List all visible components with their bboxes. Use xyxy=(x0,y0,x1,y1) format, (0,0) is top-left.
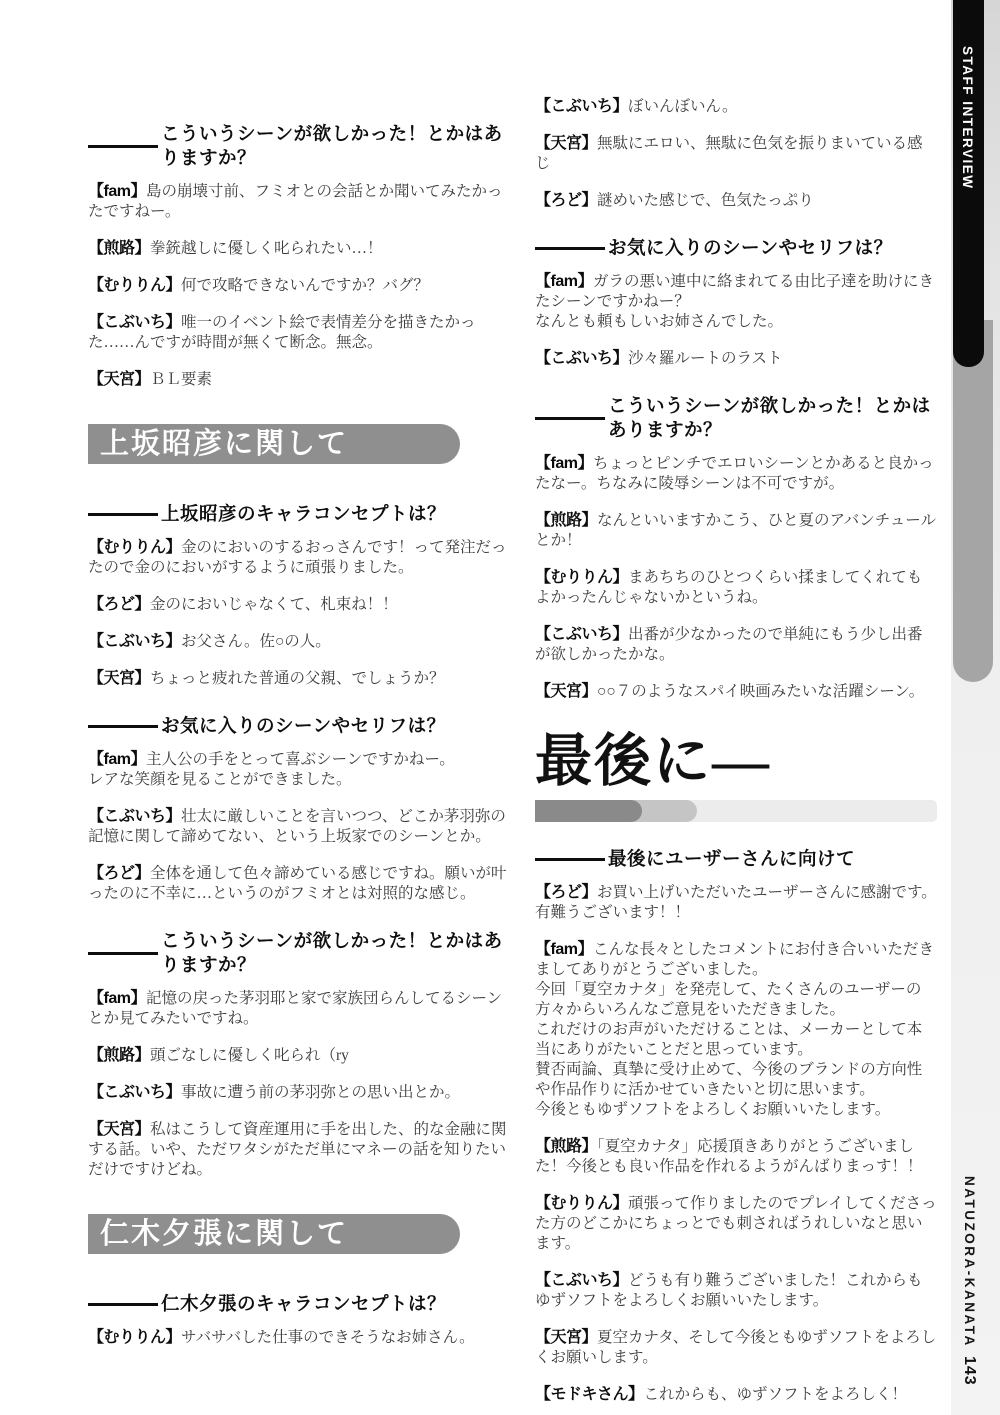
speaker-tag: 【fam】 xyxy=(535,941,593,958)
question-dash xyxy=(88,145,158,148)
question-text: 上坂昭彦のキャラコンセプトは？ xyxy=(161,502,446,526)
speaker-tag: 【fam】 xyxy=(535,455,593,472)
answer-paragraph: 【ろど】謎めいた感じで、色気たっぷり xyxy=(535,191,937,211)
question-dash xyxy=(535,417,605,420)
answer-paragraph: 【天宮】○○７のようなスパイ映画みたいな活躍シーン。 xyxy=(535,682,937,702)
answer-paragraph: 【こぶいち】出番が少なかったので単純にもう少し出番が欲しかったかな。 xyxy=(535,625,937,665)
game-title-label: NATUZORA-KANATA xyxy=(962,1176,977,1348)
answer-paragraph: 【むりりん】まあちちのひとつくらい揉ましてくれてもよかったんじゃないかというね。 xyxy=(535,568,937,608)
answer-text: ちょっとピンチでエロいシーンとかあると良かったなー。ちなみに陵辱シーンは不可です… xyxy=(535,455,934,492)
answer-paragraph: 【ろど】金のにおいじゃなくて、札束ね！！ xyxy=(88,595,512,615)
speaker-tag: 【こぶいち】 xyxy=(535,626,628,643)
speaker-tag: 【こぶいち】 xyxy=(88,1084,181,1101)
section-header: 上坂昭彦に関して xyxy=(88,424,460,464)
answer-paragraph: 【fam】ガラの悪い連中に絡まれてる由比子達を助けにきたシーンですかねー？ なん… xyxy=(535,272,937,332)
speaker-tag: 【こぶいち】 xyxy=(88,808,181,825)
staff-interview-page: こういうシーンが欲しかった！とかはありますか？【fam】島の崩壊寸前、フミオとの… xyxy=(0,0,1000,1415)
answer-text: 私はこうして資産運用に手を出した、的な金融に関する話。いや、ただワタシがただ単に… xyxy=(88,1121,507,1178)
interview-question: 仁木夕張のキャラコンセプトは？ xyxy=(88,1292,512,1316)
answer-text: ○○７のようなスパイ映画みたいな活躍シーン。 xyxy=(597,683,924,700)
answer-paragraph: 【fam】記憶の戻った茅羽耶と家で家族団らんしてるシーンとか見てみたいですね。 xyxy=(88,989,512,1029)
answer-paragraph: 【fam】島の崩壊寸前、フミオとの会話とか聞いてみたかったですねー。 xyxy=(88,182,512,222)
speaker-tag: 【ろど】 xyxy=(88,596,150,613)
speaker-tag: 【天宮】 xyxy=(535,135,597,152)
answer-paragraph: 【こぶいち】唯一のイベント絵で表情差分を描きたかった……んですが時間が無くて断念… xyxy=(88,313,512,353)
interview-question: こういうシーンが欲しかった！とかはありますか？ xyxy=(88,929,512,977)
staff-interview-label: STAFF INTERVIEW xyxy=(960,46,975,190)
answer-paragraph: 【天宮】私はこうして資産運用に手を出した、的な金融に関する話。いや、ただワタシが… xyxy=(88,1120,512,1180)
answer-paragraph: 【煎路】なんといいますかこう、ひと夏のアバンチュールとか！ xyxy=(535,511,937,551)
speaker-tag: 【こぶいち】 xyxy=(88,314,181,331)
answer-text: 頭ごなしに優しく叱られ（ry xyxy=(150,1047,349,1064)
answer-text: 記憶の戻った茅羽耶と家で家族団らんしてるシーンとか見てみたいですね。 xyxy=(88,990,502,1027)
speaker-tag: 【煎路】 xyxy=(535,1138,597,1155)
speaker-tag: 【こぶいち】 xyxy=(535,1272,628,1289)
answer-text: 金のにおいじゃなくて、札束ね！！ xyxy=(150,596,398,613)
answer-text: こんな長々としたコメントにお付き合いいただきましてありがとうございました。 今回… xyxy=(535,941,934,1118)
question-text: こういうシーンが欲しかった！とかはありますか？ xyxy=(608,394,937,442)
answer-paragraph: 【天宮】ＢＬ要素 xyxy=(88,370,512,390)
answer-text: 何で攻略できないんですか？バグ？ xyxy=(181,277,429,294)
interview-question: お気に入りのシーンやセリフは？ xyxy=(88,714,512,738)
speaker-tag: 【煎路】 xyxy=(88,1047,150,1064)
answer-text: 拳銃越しに優しく叱られたい…！ xyxy=(150,240,383,257)
answer-paragraph: 【こぶいち】壮太に厳しいことを言いつつ、どこか茅羽弥の記憶に関して諦めてない、と… xyxy=(88,807,512,847)
speaker-tag: 【天宮】 xyxy=(535,1329,597,1346)
speaker-tag: 【天宮】 xyxy=(88,1121,150,1138)
answer-text: ガラの悪い連中に絡まれてる由比子達を助けにきたシーンですかねー？ なんとも頼もし… xyxy=(535,273,934,330)
final-section-title: 最後に― xyxy=(535,732,937,792)
answer-paragraph: 【天宮】ちょっと疲れた普通の父親、でしょうか？ xyxy=(88,669,512,689)
answer-text: 謎めいた感じで、色気たっぷり xyxy=(597,192,814,209)
answer-paragraph: 【fam】主人公の手をとって喜ぶシーンですかねー。 レアな笑顔を見ることができま… xyxy=(88,750,512,790)
interview-question: お気に入りのシーンやセリフは？ xyxy=(535,236,937,260)
speaker-tag: 【むりりん】 xyxy=(88,277,181,294)
answer-paragraph: 【むりりん】頑張って作りましたのでプレイしてくださった方のどこかにちょっとでも刺… xyxy=(535,1194,937,1254)
speaker-tag: 【fam】 xyxy=(535,273,593,290)
answer-paragraph: 【こぶいち】沙々羅ルートのラスト xyxy=(535,349,937,369)
right-column: 【こぶいち】ぼいんぼいん。【天宮】無駄にエロい、無駄に色気を振りまいている感じ【… xyxy=(535,0,937,1415)
speaker-tag: 【煎路】 xyxy=(88,240,150,257)
speaker-tag: 【むりりん】 xyxy=(88,539,181,556)
speaker-tag: 【天宮】 xyxy=(88,371,150,388)
answer-paragraph: 【こぶいち】お父さん。佐○の人。 xyxy=(88,632,512,652)
question-dash xyxy=(88,952,158,955)
answer-text: 事故に遭う前の茅羽弥との思い出とか。 xyxy=(181,1084,460,1101)
question-text: 最後にユーザーさんに向けて xyxy=(608,847,855,871)
interview-question: 最後にユーザーさんに向けて xyxy=(535,847,937,871)
question-text: お気に入りのシーンやセリフは？ xyxy=(608,236,893,260)
page-content: こういうシーンが欲しかった！とかはありますか？【fam】島の崩壊寸前、フミオとの… xyxy=(88,0,937,1415)
left-column: こういうシーンが欲しかった！とかはありますか？【fam】島の崩壊寸前、フミオとの… xyxy=(88,0,512,1415)
answer-text: ぼいんぼいん。 xyxy=(628,98,737,115)
question-text: こういうシーンが欲しかった！とかはありますか？ xyxy=(161,122,512,170)
answer-paragraph: 【むりりん】金のにおいのするおっさんです！って発注だったので金のにおいがするよう… xyxy=(88,538,512,578)
question-text: 仁木夕張のキャラコンセプトは？ xyxy=(161,1292,446,1316)
answer-paragraph: 【fam】こんな長々としたコメントにお付き合いいただきましてありがとうございまし… xyxy=(535,940,937,1120)
answer-text: ＢＬ要素 xyxy=(150,371,212,388)
question-dash xyxy=(88,725,158,728)
answer-text: これからも、ゆずソフトをよろしく！ xyxy=(644,1386,908,1403)
answer-text: 全体を通して色々諦めている感じですね。願いが叶ったのに不幸に…というのがフミオと… xyxy=(88,865,507,902)
speaker-tag: 【fam】 xyxy=(88,990,146,1007)
answer-paragraph: 【ろど】全体を通して色々諦めている感じですね。願いが叶ったのに不幸に…というのが… xyxy=(88,864,512,904)
interview-question: こういうシーンが欲しかった！とかはありますか？ xyxy=(535,394,937,442)
answer-text: サバサバした仕事のできそうなお姉さん。 xyxy=(181,1329,475,1346)
speaker-tag: 【こぶいち】 xyxy=(535,350,628,367)
interview-question: こういうシーンが欲しかった！とかはありますか？ xyxy=(88,122,512,170)
speaker-tag: 【ろど】 xyxy=(88,865,150,882)
answer-paragraph: 【fam】ちょっとピンチでエロいシーンとかあると良かったなー。ちなみに陵辱シーン… xyxy=(535,454,937,494)
answer-paragraph: 【煎路】「夏空カナタ」応援頂きありがとうございました！今後とも良い作品を作れるよ… xyxy=(535,1137,937,1177)
speaker-tag: 【fam】 xyxy=(88,183,146,200)
answer-paragraph: 【こぶいち】どうも有り難うございました！これからもゆずソフトをよろしくお願いいた… xyxy=(535,1271,937,1311)
speaker-tag: 【むりりん】 xyxy=(535,569,628,586)
speaker-tag: 【ろど】 xyxy=(535,884,597,901)
speaker-tag: 【モドキさん】 xyxy=(535,1386,644,1403)
speaker-tag: 【ろど】 xyxy=(535,192,597,209)
sidebar-gray-pill xyxy=(953,320,993,682)
answer-text: お父さん。佐○の人。 xyxy=(181,633,331,650)
question-dash xyxy=(88,513,158,516)
answer-paragraph: 【モドキさん】これからも、ゆずソフトをよろしく！ xyxy=(535,1385,937,1405)
speaker-tag: 【煎路】 xyxy=(535,512,597,529)
speaker-tag: 【fam】 xyxy=(88,751,146,768)
question-dash xyxy=(535,858,605,861)
section-header: 仁木夕張に関して xyxy=(88,1214,460,1254)
speaker-tag: 【こぶいち】 xyxy=(535,98,628,115)
gradient-bar xyxy=(535,800,937,822)
speaker-tag: 【こぶいち】 xyxy=(88,633,181,650)
page-edge-sidebar: STAFF INTERVIEW NATUZORA-KANATA 143 xyxy=(951,0,1000,1415)
answer-paragraph: 【むりりん】サバサバした仕事のできそうなお姉さん。 xyxy=(88,1328,512,1348)
answer-paragraph: 【煎路】頭ごなしに優しく叱られ（ry xyxy=(88,1046,512,1066)
answer-paragraph: 【むりりん】何で攻略できないんですか？バグ？ xyxy=(88,276,512,296)
answer-text: 沙々羅ルートのラスト xyxy=(628,350,783,367)
question-text: こういうシーンが欲しかった！とかはありますか？ xyxy=(161,929,512,977)
speaker-tag: 【むりりん】 xyxy=(88,1329,181,1346)
speaker-tag: 【天宮】 xyxy=(535,683,597,700)
answer-text: 島の崩壊寸前、フミオとの会話とか聞いてみたかったですねー。 xyxy=(88,183,502,220)
answer-paragraph: 【こぶいち】ぼいんぼいん。 xyxy=(535,97,937,117)
answer-paragraph: 【ろど】お買い上げいただいたユーザーさんに感謝です。有難うございます！！ xyxy=(535,883,937,923)
answer-paragraph: 【煎路】拳銃越しに優しく叱られたい…！ xyxy=(88,239,512,259)
page-number: 143 xyxy=(960,1356,978,1386)
question-dash xyxy=(88,1303,158,1306)
gradient-bar-dark xyxy=(535,800,642,822)
answer-paragraph: 【天宮】無駄にエロい、無駄に色気を振りまいている感じ xyxy=(535,134,937,174)
answer-text: ちょっと疲れた普通の父親、でしょうか？ xyxy=(150,670,445,687)
speaker-tag: 【むりりん】 xyxy=(535,1195,628,1212)
question-text: お気に入りのシーンやセリフは？ xyxy=(161,714,446,738)
interview-question: 上坂昭彦のキャラコンセプトは？ xyxy=(88,502,512,526)
speaker-tag: 【天宮】 xyxy=(88,670,150,687)
answer-paragraph: 【こぶいち】事故に遭う前の茅羽弥との思い出とか。 xyxy=(88,1083,512,1103)
answer-paragraph: 【天宮】夏空カナタ、そして今後ともゆずソフトをよろしくお願いします。 xyxy=(535,1328,937,1368)
question-dash xyxy=(535,247,605,250)
